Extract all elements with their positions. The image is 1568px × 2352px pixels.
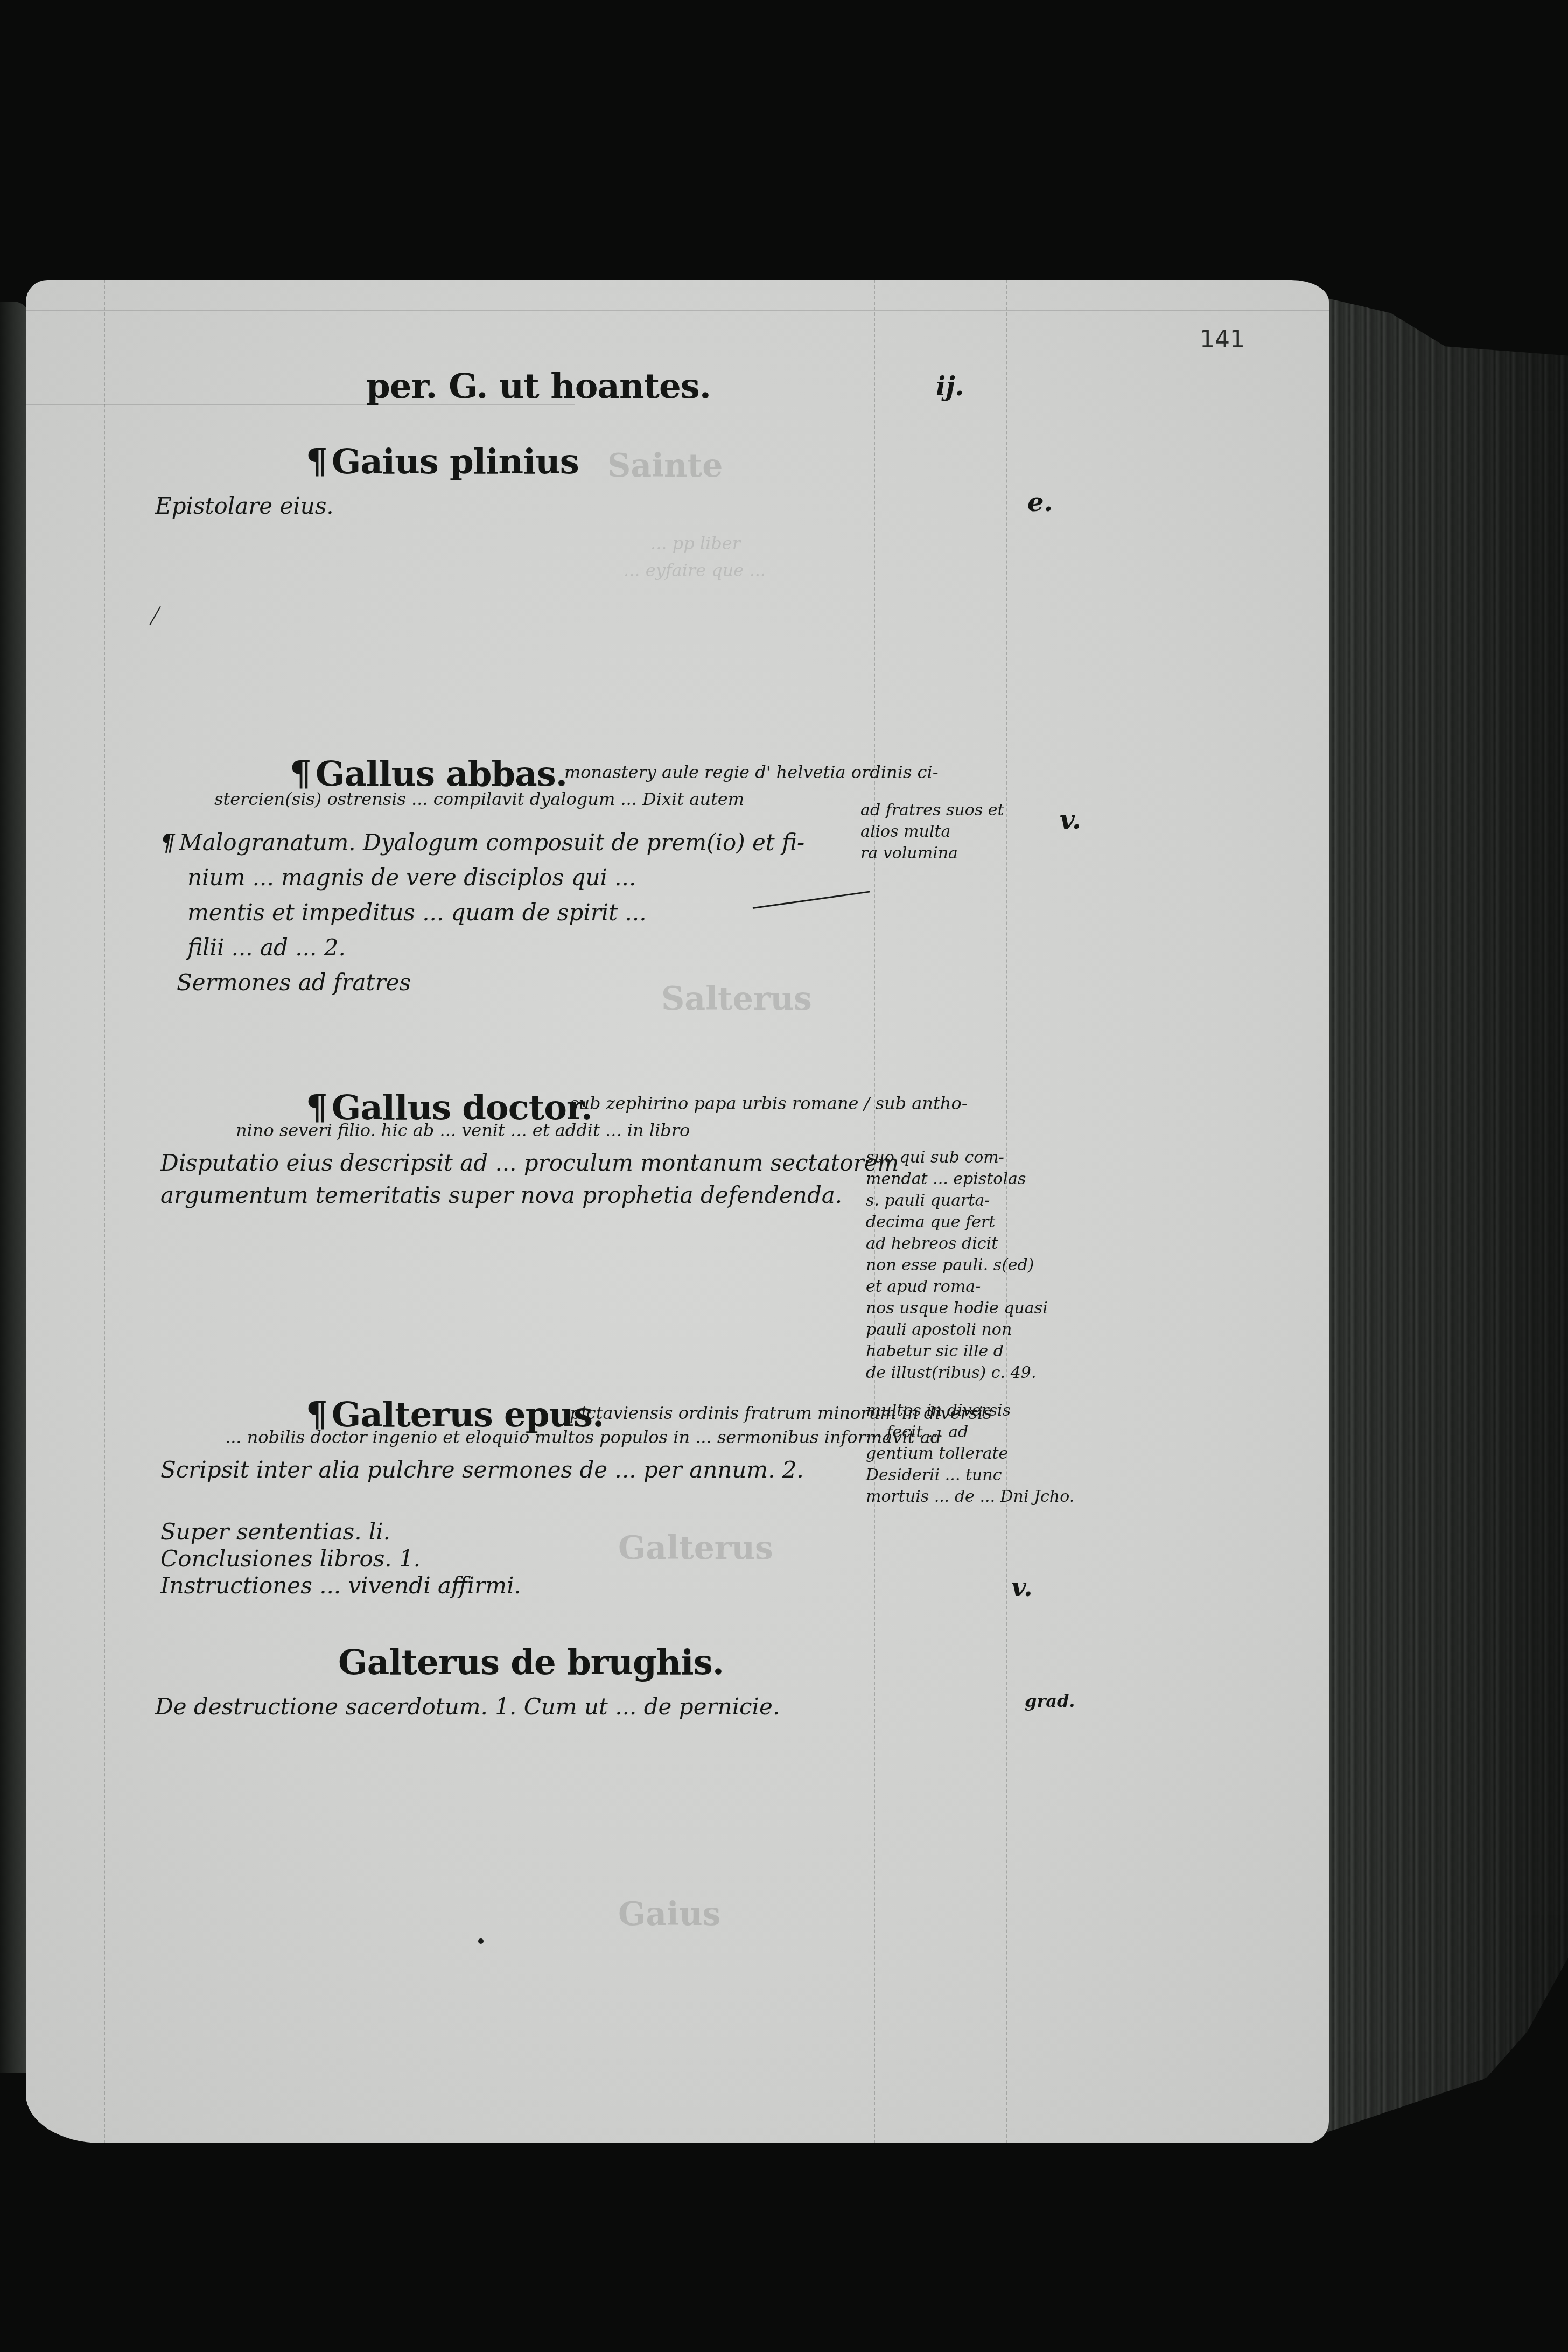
pilcrow-icon: ¶ — [160, 829, 175, 856]
margin-note: ad fratres suos et alios multa ra volumi… — [860, 800, 1004, 864]
show-through-heading: Galterus — [618, 1529, 773, 1567]
title-gloss: stercien(sis) ostrensis ... compilavit d… — [214, 789, 744, 809]
show-through-heading: Gaius — [618, 1895, 720, 1933]
entry-marker: e. — [1027, 487, 1053, 517]
title-gloss: monastery aule regie d' helvetia ordinis… — [564, 762, 938, 782]
entry-title: ¶Gallus abbas. — [290, 754, 567, 794]
pilcrow-icon: ¶ — [290, 754, 311, 794]
stray-mark — [478, 1938, 484, 1944]
entry-line: Epistolare eius. — [155, 493, 334, 519]
running-head: per. G. ut hoantes. — [366, 366, 711, 407]
entry-line: Super sententias. li. — [160, 1518, 390, 1545]
entry-marker: grad. — [1025, 1691, 1075, 1711]
entry-line: mentis et impeditus ... quam de spirit .… — [187, 899, 647, 926]
ruling-line-left — [104, 280, 105, 2143]
title-gloss: sub zephirino papa urbis romane / sub an… — [570, 1093, 967, 1114]
ruling-line-top — [26, 310, 1329, 311]
entry-line: argumentum temeritatis super nova prophe… — [160, 1182, 842, 1208]
margin-note: suo qui sub com- mendat ... epistolas s.… — [866, 1147, 1048, 1384]
show-through-line: ... eyfaire que ... — [624, 560, 766, 580]
entry-marker: v. — [1060, 805, 1081, 835]
stray-mark — [149, 606, 161, 626]
manuscript-page: Sainte ... pp liber ... eyfaire que ... … — [26, 280, 1329, 2143]
left-facing-page-edge — [0, 302, 30, 2073]
show-through-heading: Sainte — [607, 447, 723, 485]
title-gloss: ... nobilis doctor ingenio et eloquio mu… — [225, 1427, 941, 1447]
entry-line: Instructiones ... vivendi affirmi. — [160, 1572, 521, 1599]
entry-line: ¶Malogranatum. Dyalogum composuit de pre… — [160, 829, 804, 856]
book-fore-edge — [1295, 291, 1568, 2143]
folio-number: 141 — [1200, 326, 1245, 353]
entry-title: Galterus de brughis. — [338, 1642, 724, 1683]
running-head-numeral: ij. — [936, 372, 964, 402]
entry-line: Disputatio eius descripsit ad ... procul… — [160, 1150, 899, 1176]
show-through-heading: Salterus — [661, 980, 812, 1018]
entry-marker: v. — [1011, 1572, 1033, 1602]
pen-stroke — [753, 891, 870, 909]
entry-line: Scripsit inter alia pulchre sermones de … — [160, 1457, 804, 1483]
show-through-line: ... pp liber — [650, 533, 740, 554]
entry-line: Conclusiones libros. 1. — [160, 1545, 421, 1572]
pilcrow-icon: ¶ — [306, 442, 327, 482]
entry-line: Sermones ad fratres — [177, 969, 411, 996]
entry-line: nium ... magnis de vere disciplos qui ..… — [187, 864, 636, 891]
title-gloss: nino severi filio. hic ab ... venit ... … — [236, 1120, 690, 1140]
margin-note: multos in diversis ... fecit ... ad gent… — [866, 1400, 1074, 1508]
entry-line: filii ... ad ... 2. — [187, 934, 346, 961]
entry-line: De destructione sacerdotum. 1. Cum ut ..… — [155, 1693, 780, 1720]
entry-title: ¶Gaius plinius — [306, 442, 579, 482]
